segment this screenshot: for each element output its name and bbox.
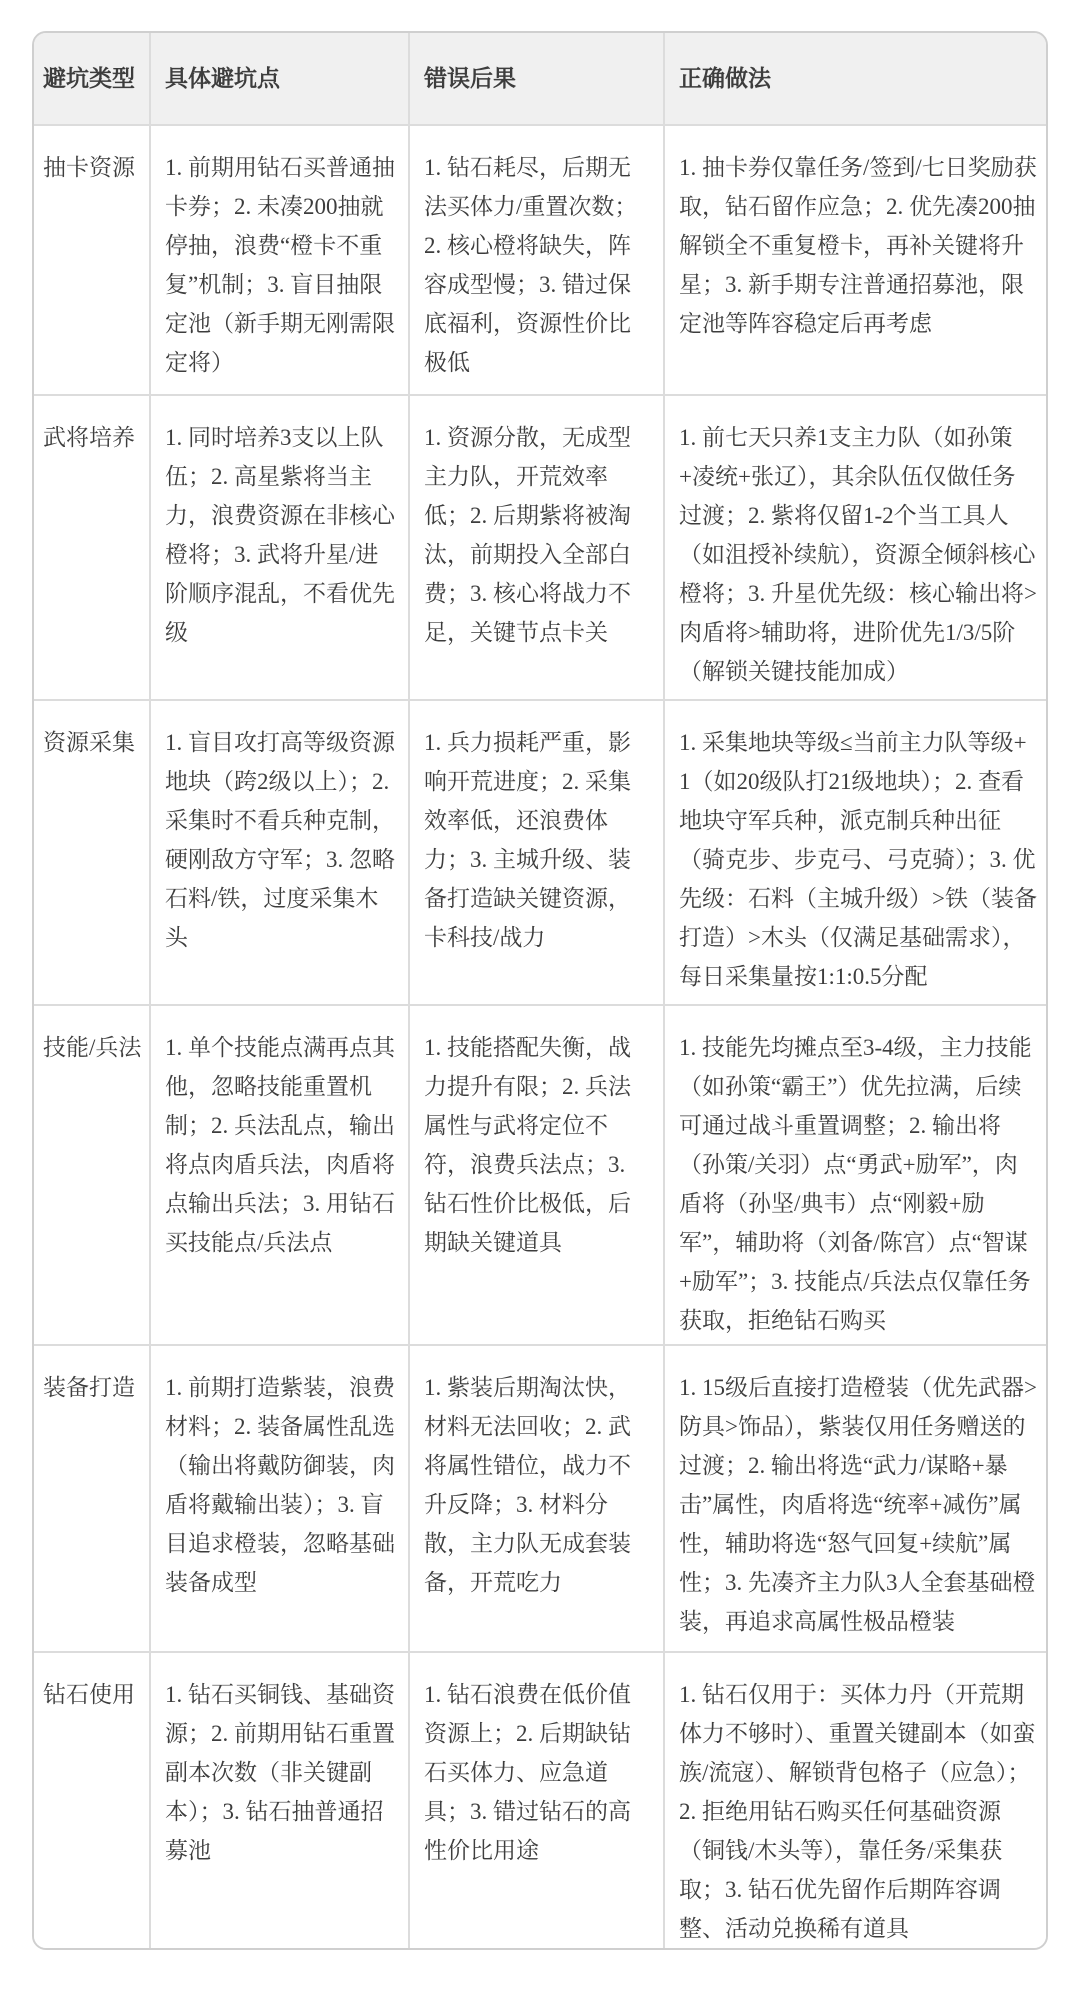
row-type-cell: 抽卡资源 bbox=[34, 125, 150, 395]
header-cell-correct: 正确做法 bbox=[664, 33, 1048, 125]
pitfall-guide-table: 避坑类型 具体避坑点 错误后果 正确做法 抽卡资源 1. 前期用钻石买普通抽卡券… bbox=[32, 31, 1048, 1950]
row-consequences-cell: 1. 技能搭配失衡，战力提升有限；2. 兵法属性与武将定位不符，浪费兵法点；3.… bbox=[409, 1005, 664, 1345]
row-type-cell: 装备打造 bbox=[34, 1345, 150, 1652]
row-points-cell: 1. 单个技能点满再点其他，忽略技能重置机制；2. 兵法乱点，输出将点肉盾兵法，… bbox=[150, 1005, 409, 1345]
row-correct-cell: 1. 采集地块等级≤当前主力队等级+1（如20级队打21级地块）；2. 查看地块… bbox=[664, 700, 1048, 1005]
row-type-cell: 技能/兵法 bbox=[34, 1005, 150, 1345]
row-points-cell: 1. 前期打造紫装，浪费材料；2. 装备属性乱选（输出将戴防御装，肉盾将戴输出装… bbox=[150, 1345, 409, 1652]
table-row: 装备打造 1. 前期打造紫装，浪费材料；2. 装备属性乱选（输出将戴防御装，肉盾… bbox=[34, 1345, 1048, 1652]
row-correct-cell: 1. 技能先均摊点至3-4级，主力技能（如孙策“霸王”）优先拉满，后续可通过战斗… bbox=[664, 1005, 1048, 1345]
row-correct-cell: 1. 前七天只养1支主力队（如孙策+凌统+张辽），其余队伍仅做任务过渡；2. 紫… bbox=[664, 395, 1048, 700]
row-consequences-cell: 1. 兵力损耗严重，影响开荒进度；2. 采集效率低，还浪费体力；3. 主城升级、… bbox=[409, 700, 664, 1005]
row-consequences-cell: 1. 资源分散，无成型主力队，开荒效率低；2. 后期紫将被淘汰，前期投入全部白费… bbox=[409, 395, 664, 700]
row-points-cell: 1. 钻石买铜钱、基础资源；2. 前期用钻石重置副本次数（非关键副本）；3. 钻… bbox=[150, 1652, 409, 1950]
table-row: 抽卡资源 1. 前期用钻石买普通抽卡券；2. 未凑200抽就停抽，浪费“橙卡不重… bbox=[34, 125, 1048, 395]
row-consequences-cell: 1. 紫装后期淘汰快，材料无法回收；2. 武将属性错位，战力不升反降；3. 材料… bbox=[409, 1345, 664, 1652]
row-correct-cell: 1. 15级后直接打造橙装（优先武器>防具>饰品），紫装仅用任务赠送的过渡；2.… bbox=[664, 1345, 1048, 1652]
row-type-cell: 钻石使用 bbox=[34, 1652, 150, 1950]
row-correct-cell: 1. 钻石仅用于：买体力丹（开荒期体力不够时）、重置关键副本（如蛮族/流寇）、解… bbox=[664, 1652, 1048, 1950]
row-points-cell: 1. 前期用钻石买普通抽卡券；2. 未凑200抽就停抽，浪费“橙卡不重复”机制；… bbox=[150, 125, 409, 395]
table-row: 钻石使用 1. 钻石买铜钱、基础资源；2. 前期用钻石重置副本次数（非关键副本）… bbox=[34, 1652, 1048, 1950]
header-row: 避坑类型 具体避坑点 错误后果 正确做法 bbox=[34, 33, 1048, 125]
header-cell-points: 具体避坑点 bbox=[150, 33, 409, 125]
row-points-cell: 1. 盲目攻打高等级资源地块（跨2级以上）；2. 采集时不看兵种克制，硬刚敌方守… bbox=[150, 700, 409, 1005]
row-correct-cell: 1. 抽卡券仅靠任务/签到/七日奖励获取，钻石留作应急；2. 优先凑200抽解锁… bbox=[664, 125, 1048, 395]
row-consequences-cell: 1. 钻石耗尽，后期无法买体力/重置次数；2. 核心橙将缺失，阵容成型慢；3. … bbox=[409, 125, 664, 395]
table-row: 武将培养 1. 同时培养3支以上队伍；2. 高星紫将当主力，浪费资源在非核心橙将… bbox=[34, 395, 1048, 700]
pitfall-table: 避坑类型 具体避坑点 错误后果 正确做法 抽卡资源 1. 前期用钻石买普通抽卡券… bbox=[34, 33, 1048, 1950]
row-points-cell: 1. 同时培养3支以上队伍；2. 高星紫将当主力，浪费资源在非核心橙将；3. 武… bbox=[150, 395, 409, 700]
row-consequences-cell: 1. 钻石浪费在低价值资源上；2. 后期缺钻石买体力、应急道具；3. 错过钻石的… bbox=[409, 1652, 664, 1950]
table-row: 技能/兵法 1. 单个技能点满再点其他，忽略技能重置机制；2. 兵法乱点，输出将… bbox=[34, 1005, 1048, 1345]
header-cell-consequences: 错误后果 bbox=[409, 33, 664, 125]
row-type-cell: 武将培养 bbox=[34, 395, 150, 700]
table-row: 资源采集 1. 盲目攻打高等级资源地块（跨2级以上）；2. 采集时不看兵种克制，… bbox=[34, 700, 1048, 1005]
header-cell-type: 避坑类型 bbox=[34, 33, 150, 125]
row-type-cell: 资源采集 bbox=[34, 700, 150, 1005]
